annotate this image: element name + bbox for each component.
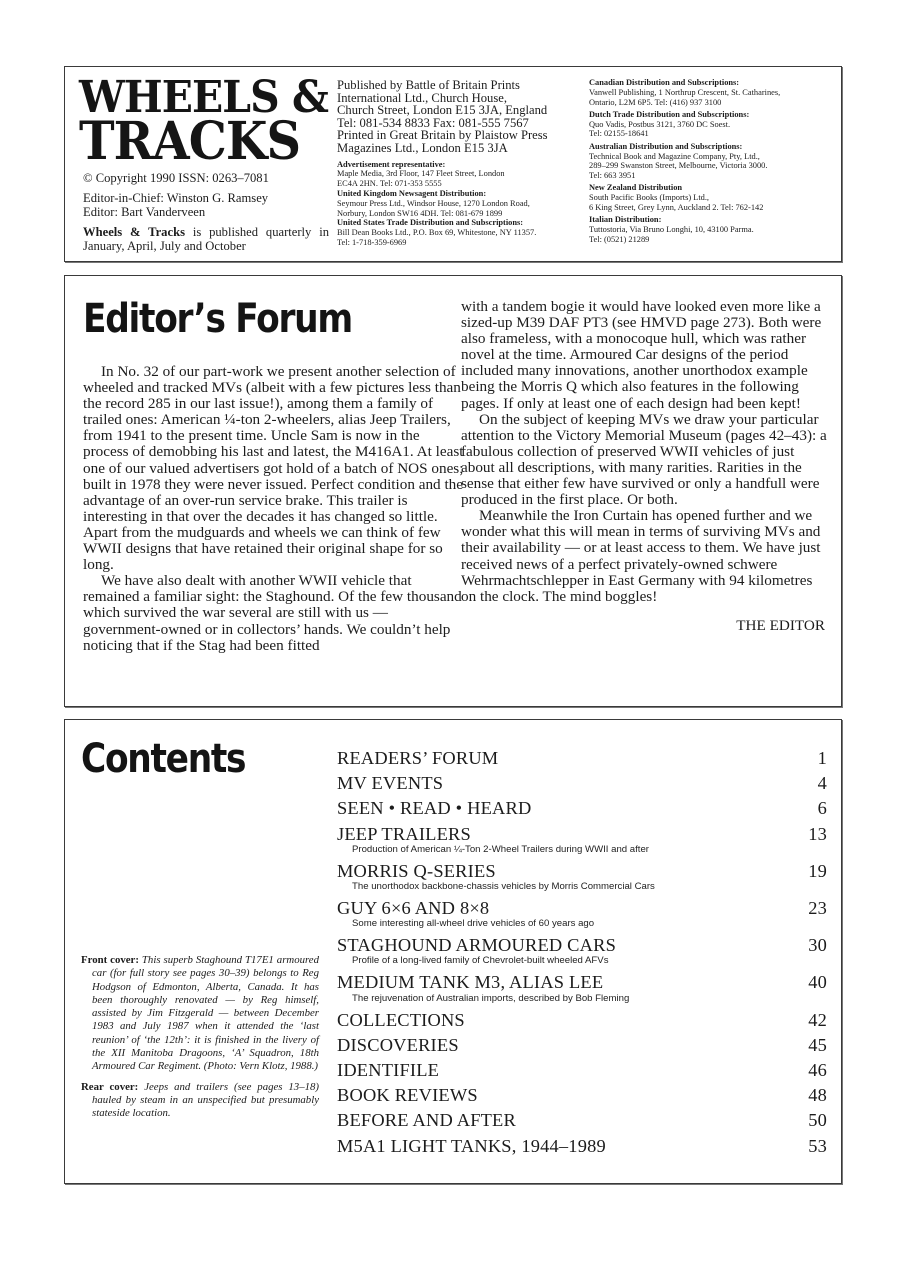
editors-forum-box: Editor’s Forum In No. 32 of our part-wor… [64, 275, 842, 707]
forum-column-right: with a tandem bogie it would have looked… [461, 299, 831, 634]
toc-title: READERS’ FORUM [337, 746, 498, 771]
toc-page-number: 6 [818, 796, 827, 821]
toc-page-number: 13 [808, 822, 827, 847]
toc-title: BEFORE AND AFTER [337, 1108, 516, 1133]
toc-page-number: 53 [808, 1134, 827, 1159]
toc-page-number: 4 [818, 771, 827, 796]
publication-name: Wheels & Tracks [83, 225, 185, 239]
toc-page-number: 1 [818, 746, 827, 771]
toc-title: BOOK REVIEWS [337, 1083, 478, 1108]
uk-distribution: United Kingdom Newsagent Distribution: S… [337, 189, 577, 218]
logo-line-2: TRACKS [79, 121, 304, 163]
international-distribution: Canadian Distribution and Subscriptions:… [589, 78, 837, 247]
australia-distribution: Australian Distribution and Subscription… [589, 142, 837, 181]
toc-item-collections[interactable]: COLLECTIONS42 [337, 1008, 827, 1033]
editors-forum-heading: Editor’s Forum [83, 296, 352, 342]
toc-page-number: 40 [808, 970, 827, 995]
publication-note: Wheels & Tracks is published quarterly i… [83, 225, 329, 253]
forum-paragraph: In No. 32 of our part-work we present an… [83, 364, 468, 573]
toc-title: IDENTIFILE [337, 1058, 439, 1083]
forum-paragraph: Meanwhile the Iron Curtain has opened fu… [461, 508, 831, 605]
toc-title: DISCOVERIES [337, 1033, 459, 1058]
canada-distribution: Canadian Distribution and Subscriptions:… [589, 78, 837, 107]
toc-item-discoveries[interactable]: DISCOVERIES45 [337, 1033, 827, 1058]
forum-column-left: In No. 32 of our part-work we present an… [83, 364, 468, 654]
toc-item-jeep-trailers[interactable]: JEEP TRAILERS13 Production of American ¼… [337, 822, 827, 856]
toc-page-number: 46 [808, 1058, 827, 1083]
editor: Editor: Bart Vanderveen [83, 205, 329, 219]
toc-subtitle: Production of American ¼-Ton 2-Wheel Tra… [352, 844, 827, 856]
magazine-logo: WHEELS & TRACKS [79, 77, 324, 163]
toc-item-morris-q-series[interactable]: MORRIS Q-SERIES19 The unorthodox backbon… [337, 859, 827, 893]
toc-item-guy-6x6[interactable]: GUY 6×6 AND 8×823 Some interesting all-w… [337, 896, 827, 930]
masthead-credits: © Copyright 1990 ISSN: 0263–7081 Editor-… [83, 171, 329, 259]
toc-item-seen-read-heard[interactable]: SEEN • READ • HEARD6 [337, 796, 827, 821]
editor-in-chief: Editor-in-Chief: Winston G. Ramsey [83, 191, 329, 205]
front-cover-caption: Front cover: This superb Staghound T17E1… [81, 954, 319, 1074]
copyright-line: © Copyright 1990 ISSN: 0263–7081 [83, 171, 329, 185]
toc-page-number: 48 [808, 1083, 827, 1108]
contents-heading: Contents [81, 736, 245, 782]
advertising-contact: Advertisement representative: Maple Medi… [337, 160, 577, 189]
forum-paragraph: We have also dealt with another WWII veh… [83, 573, 468, 653]
toc-item-readers-forum[interactable]: READERS’ FORUM1 [337, 746, 827, 771]
editor-signoff: THE EDITOR [461, 618, 831, 634]
rear-cover-caption: Rear cover: Jeeps and trailers (see page… [81, 1081, 319, 1121]
toc-page-number: 45 [808, 1033, 827, 1058]
italy-distribution: Italian Distribution: Tuttostoria, Via B… [589, 215, 837, 244]
toc-item-identifile[interactable]: IDENTIFILE46 [337, 1058, 827, 1083]
toc-item-staghound[interactable]: STAGHOUND ARMOURED CARS30 Profile of a l… [337, 933, 827, 967]
toc-subtitle: The unorthodox backbone-chassis vehicles… [352, 881, 827, 893]
cover-captions: Front cover: This superb Staghound T17E1… [81, 954, 319, 1128]
toc-page-number: 19 [808, 859, 827, 884]
toc-page-number: 30 [808, 933, 827, 958]
toc-title: MV EVENTS [337, 771, 443, 796]
toc-page-number: 50 [808, 1108, 827, 1133]
toc-page-number: 42 [808, 1008, 827, 1033]
publisher-address: Published by Battle of Britain Prints In… [337, 79, 577, 155]
forum-paragraph: On the subject of keeping MVs we draw yo… [461, 412, 831, 509]
publisher-info: Published by Battle of Britain Prints In… [337, 79, 577, 248]
toc-title: COLLECTIONS [337, 1008, 465, 1033]
toc-subtitle: Profile of a long-lived family of Chevro… [352, 955, 827, 967]
toc-item-medium-tank-m3[interactable]: MEDIUM TANK M3, ALIAS LEE40 The rejuvena… [337, 970, 827, 1004]
toc-page-number: 23 [808, 896, 827, 921]
contents-box: Contents Front cover: This superb Stagho… [64, 719, 842, 1184]
toc-title: M5A1 LIGHT TANKS, 1944–1989 [337, 1134, 606, 1159]
toc-item-book-reviews[interactable]: BOOK REVIEWS48 [337, 1083, 827, 1108]
new-zealand-distribution: New Zealand Distribution South Pacific B… [589, 183, 837, 212]
toc-title: MEDIUM TANK M3, ALIAS LEE [337, 970, 603, 995]
toc-subtitle: Some interesting all-wheel drive vehicle… [352, 918, 827, 930]
toc-subtitle: The rejuvenation of Australian imports, … [352, 993, 827, 1005]
table-of-contents: READERS’ FORUM1 MV EVENTS4 SEEN • READ •… [337, 746, 827, 1159]
us-distribution: United States Trade Distribution and Sub… [337, 218, 577, 247]
toc-item-mv-events[interactable]: MV EVENTS4 [337, 771, 827, 796]
masthead-box: WHEELS & TRACKS © Copyright 1990 ISSN: 0… [64, 66, 842, 262]
forum-paragraph: with a tandem bogie it would have looked… [461, 299, 831, 412]
dutch-distribution: Dutch Trade Distribution and Subscriptio… [589, 110, 837, 139]
toc-title: SEEN • READ • HEARD [337, 796, 531, 821]
toc-item-before-and-after[interactable]: BEFORE AND AFTER50 [337, 1108, 827, 1133]
toc-item-m5a1-light-tanks[interactable]: M5A1 LIGHT TANKS, 1944–198953 [337, 1134, 827, 1159]
